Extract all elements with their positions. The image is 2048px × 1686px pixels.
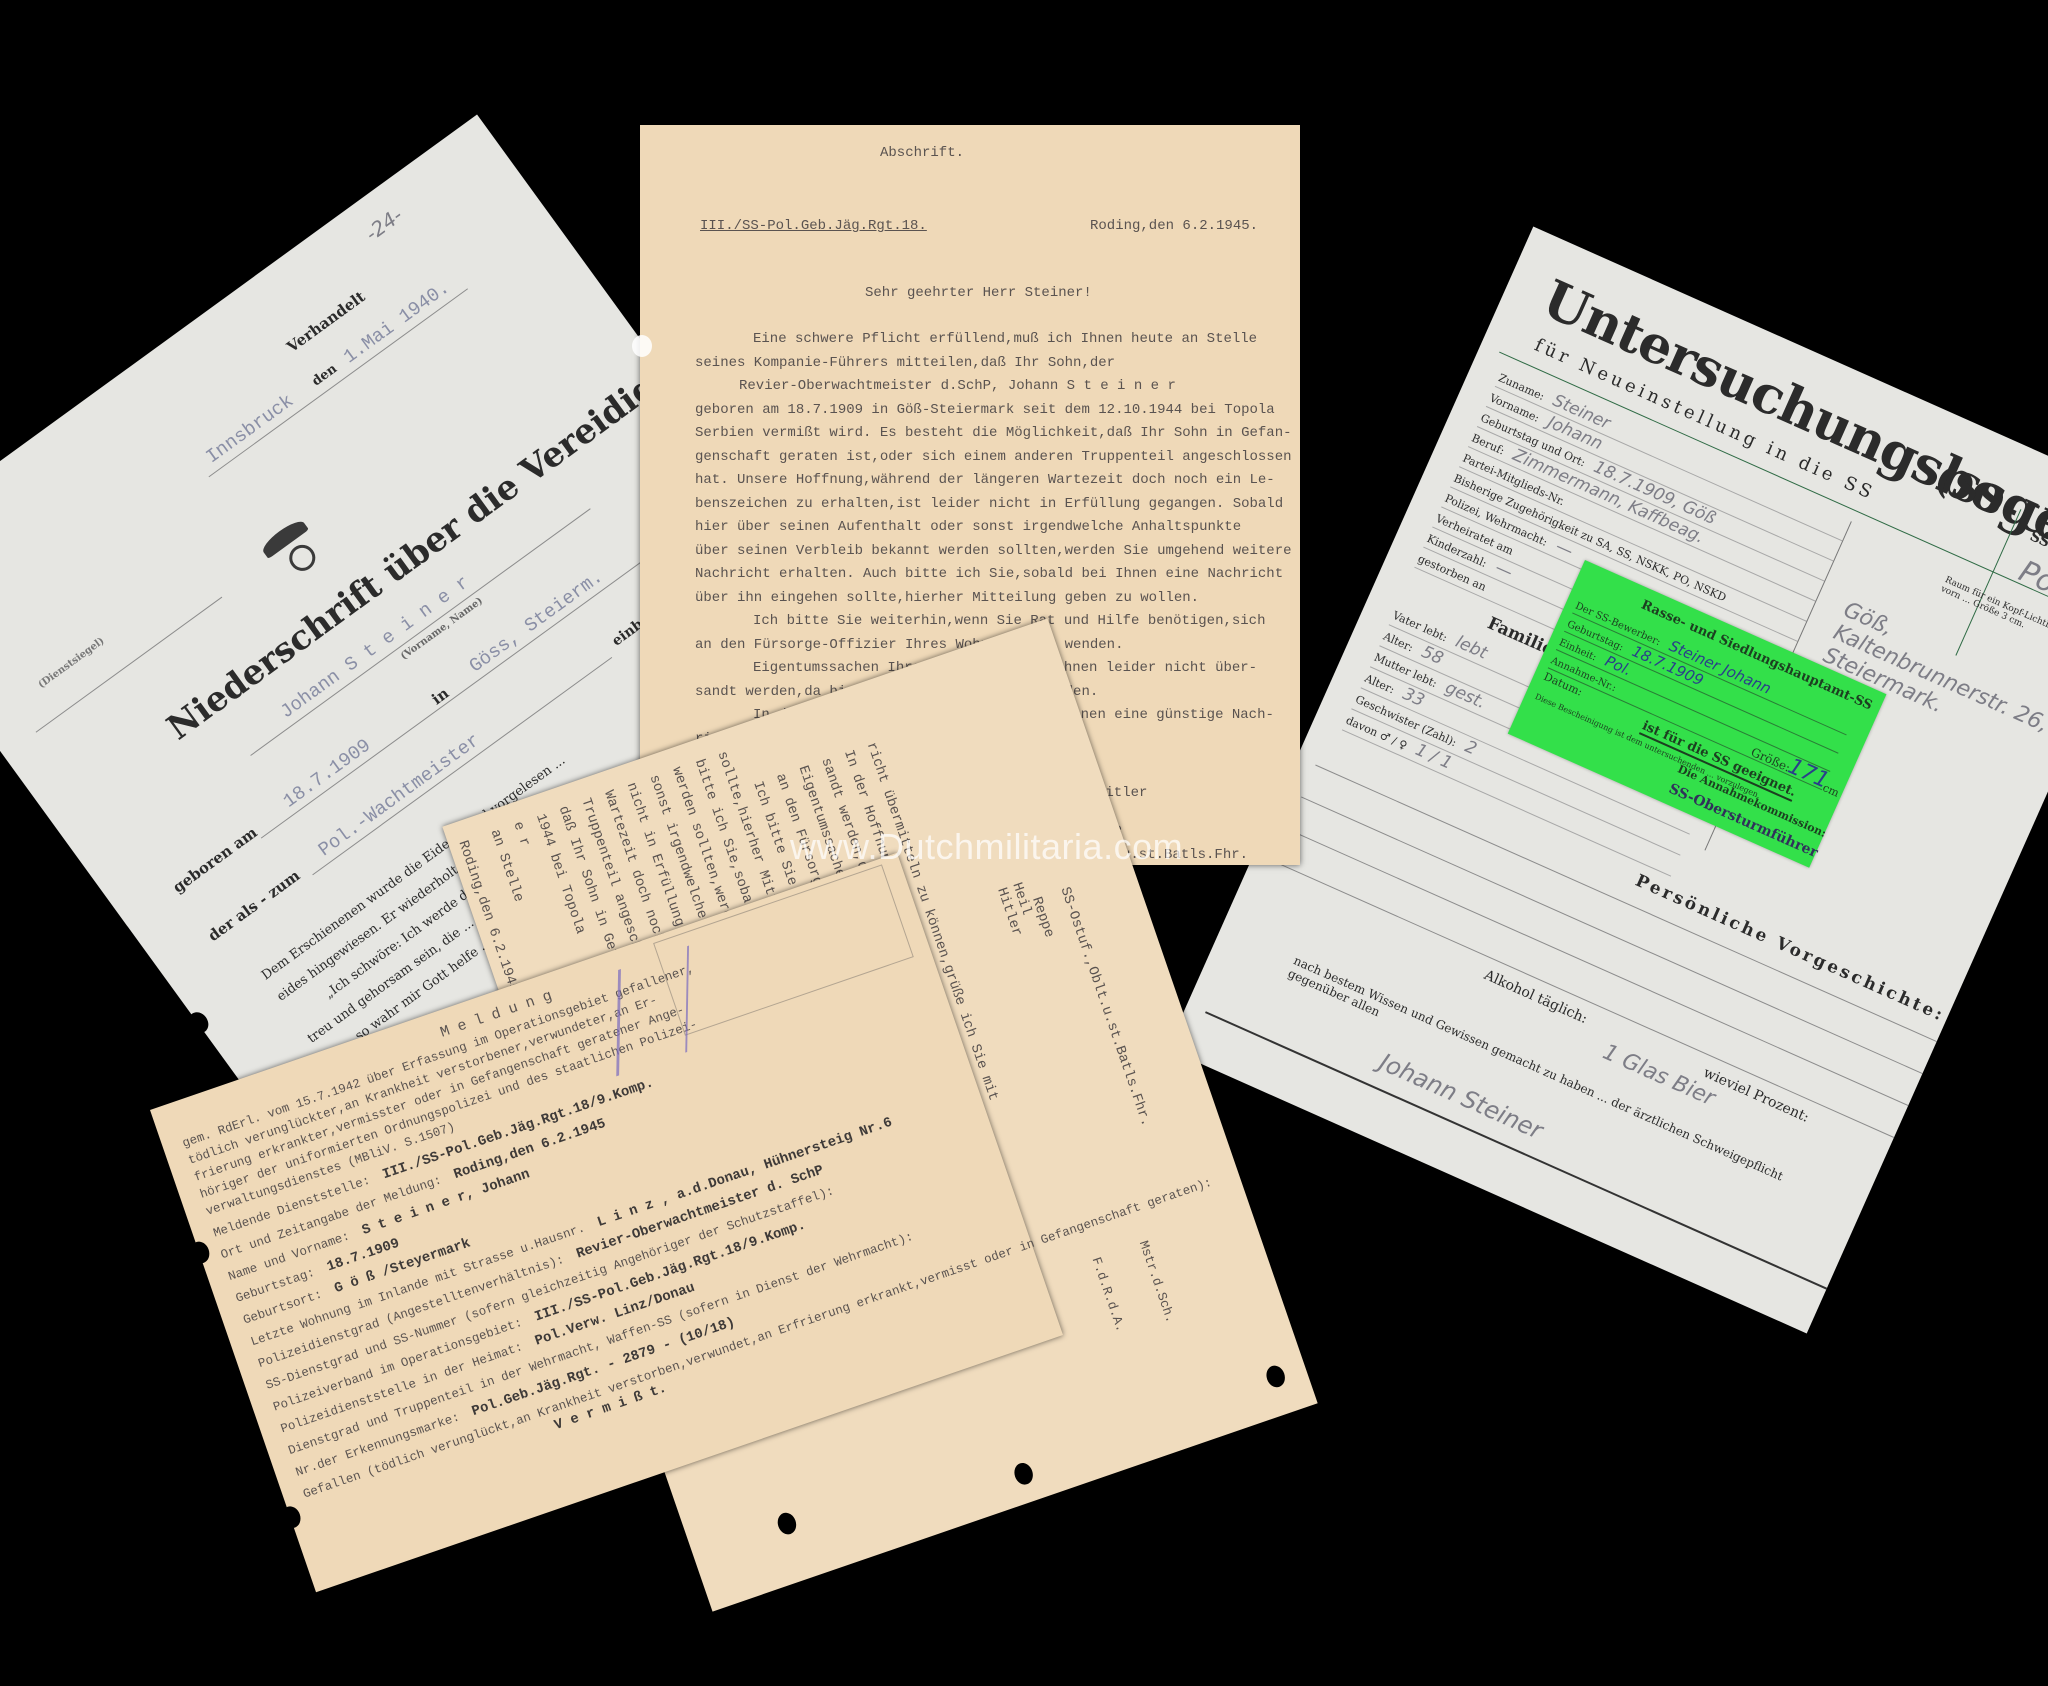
punch-hole <box>185 1008 212 1036</box>
copy-text-line: e r <box>509 820 532 849</box>
letter-body-line: Nachricht erhalten. Auch bitte ich Sie,s… <box>695 563 1292 587</box>
punch-hole <box>279 1504 303 1531</box>
punch-hole <box>775 1510 799 1537</box>
letter-body-line: benszeichen zu erhalten,ist leider nicht… <box>695 493 1292 517</box>
punch-hole <box>632 335 652 357</box>
letter-body-line: seines Kompanie-Führers mitteilen,daß Ih… <box>695 352 1292 376</box>
letter-place-date: Roding,den 6.2.1945. <box>1090 218 1258 234</box>
letter-body-line: hat. Unsere Hoffnung,während der längere… <box>695 469 1292 493</box>
eagle-emblem-icon <box>256 512 329 587</box>
rank-label: der als - zum <box>205 866 304 945</box>
born-label: geboren am <box>169 823 260 896</box>
letter-body-line: Serbien vermißt wird. Es besteht die Mög… <box>695 422 1292 446</box>
slip-size-unit: cm <box>1821 781 1841 800</box>
copy-certification: F.d.R.d.A. <box>1089 1255 1129 1334</box>
letter-body-line: Revier-Oberwachtmeister d.SchP, Johann S… <box>695 375 1292 399</box>
seal-label: (Dienstsiegel) <box>36 636 106 691</box>
letter-body-line: geboren am 18.7.1909 in Göß-Steiermark s… <box>695 399 1292 423</box>
percent-label: wieviel Prozent: <box>1701 1065 1812 1126</box>
unit-value: Pol. <box>2014 554 2048 608</box>
slip-field-value <box>1613 679 1629 700</box>
letter-body-line: Ich bitte Sie weiterhin,wenn Sie Rat und… <box>695 610 1292 634</box>
in-label: in <box>428 684 452 708</box>
letter-heading: Abschrift. <box>880 145 964 161</box>
born-value: 18.7.1909 <box>279 734 375 812</box>
letter-unit: III./SS-Pol.Geb.Jäg.Rgt.18. <box>700 218 927 234</box>
punch-hole <box>188 1239 212 1266</box>
copy-certification: Mstr.d.Sch. <box>1136 1239 1178 1325</box>
letter-salutation: Sehr geehrter Herr Steiner! <box>865 285 1092 301</box>
letter-body-line: über seinen Verbleib bekannt werden soll… <box>695 540 1292 564</box>
letter-body-line: über ihn eingehen sollte,hierher Mitteil… <box>695 587 1292 611</box>
punch-hole <box>1264 1363 1288 1390</box>
page-number: -24- <box>361 203 407 246</box>
letter-body-line: genschaft geraten ist,oder sich einem an… <box>695 446 1292 470</box>
letter-body-line: Eine schwere Pflicht erfüllend,muß ich I… <box>695 328 1292 352</box>
letter-body-line: hier über seinen Aufenthalt oder sonst i… <box>695 516 1292 540</box>
punch-hole <box>1012 1460 1036 1487</box>
oath-place: Innsbruck <box>202 390 298 468</box>
watermark: www.Dutchmilitaria.com <box>790 826 1183 868</box>
alcohol-label: Alkohol täglich: <box>1482 967 1590 1027</box>
